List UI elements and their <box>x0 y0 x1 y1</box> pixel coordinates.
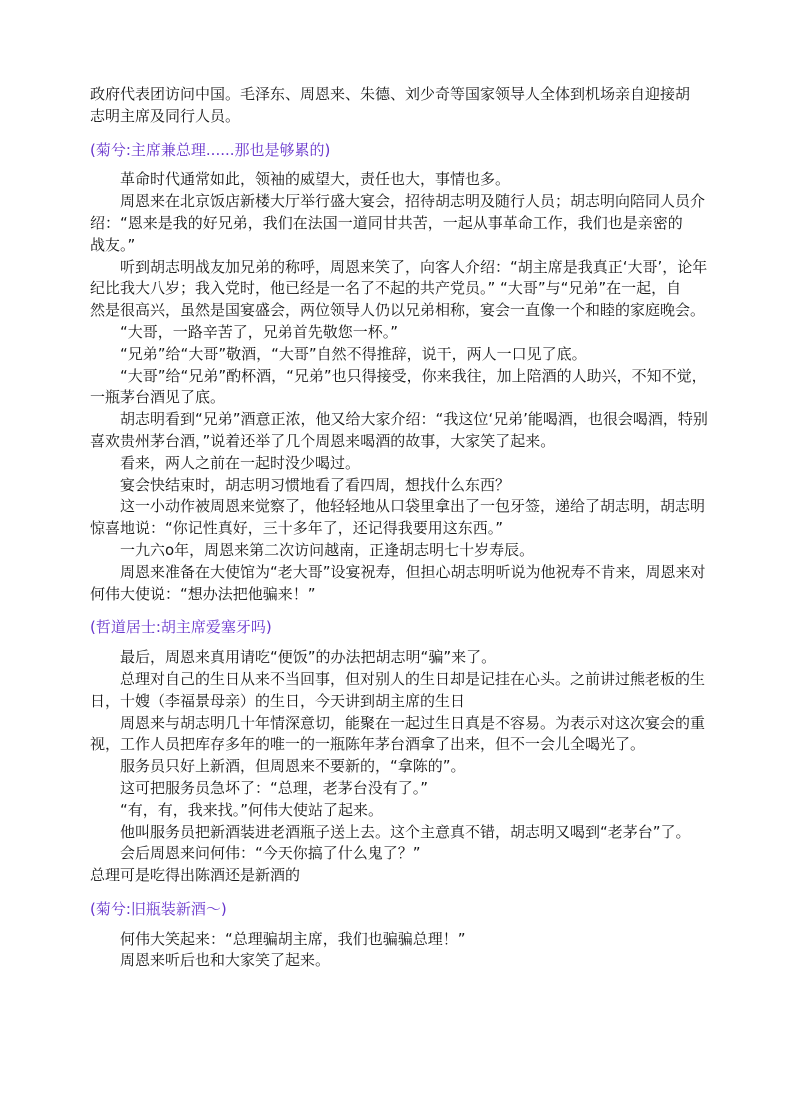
text-line: 视，工作人员把库存多年的唯一的一瓶陈年茅台酒拿了出来，但不一会儿全喝光了。 <box>90 734 715 756</box>
text-line: 何伟大使说：“想办法把他骗来！” <box>90 584 715 606</box>
text-line: 日，十嫂（李福景母亲）的生日，今天讲到胡主席的生日 <box>90 691 715 713</box>
text-line: 纪比我大八岁；我入党时，他已经是一名了不起的共产党员。” “大哥”与“兄弟”在一… <box>90 278 715 300</box>
annotation-heading: (哲道居士:胡主席爱塞牙吗) <box>90 617 715 639</box>
text-line: “有，有，我来找。”何伟大使站了起来。 <box>90 800 715 822</box>
text-line: 最后，周恩来真用请吃“便饭”的办法把胡志明“骗”来了。 <box>90 647 715 669</box>
text-line: 听到胡志明战友加兄弟的称呼，周恩来笑了，向客人介绍：“胡主席是我真正‘大哥’，论… <box>90 257 715 279</box>
text-line: 革命时代通常如此，领袖的威望大，责任也大，事情也多。 <box>90 169 715 191</box>
text-line: “大哥，一路辛苦了，兄弟首先敬您一杯。” <box>90 322 715 344</box>
text-line: 宴会快结束时，胡志明习惯地看了看四周，想找什么东西？ <box>90 475 715 497</box>
text-line: 惊喜地说：“你记性真好，三十多年了，还记得我要用这东西。” <box>90 518 715 540</box>
text-line: 总理对自己的生日从来不当回事，但对别人的生日却是记挂在心头。之前讲过熊老板的生 <box>90 669 715 691</box>
text-line: 看来，两人之前在一起时没少喝过。 <box>90 453 715 475</box>
text-line: 周恩来在北京饭店新楼大厅举行盛大宴会，招待胡志明及随行人员；胡志明向陪同人员介 <box>90 191 715 213</box>
text-line: 周恩来准备在大使馆为“老大哥”设宴祝寿，但担心胡志明听说为他祝寿不肯来，周恩来对 <box>90 562 715 584</box>
text-line: “大哥”给“兄弟”酌杯酒，“兄弟”也只得接受，你来我往，加上陪酒的人助兴，不知不… <box>90 366 715 388</box>
text-line: 然是很高兴，虽然是国宴盛会，两位领导人仍以兄弟相称，宴会一直像一个和睦的家庭晚会… <box>90 300 715 322</box>
text-line: 志明主席及同行人员。 <box>90 106 715 128</box>
text-line: 总理可是吃得出陈酒还是新酒的 <box>90 865 715 887</box>
text-line: 这可把服务员急坏了：“总理，老茅台没有了。” <box>90 778 715 800</box>
text-line: 周恩来与胡志明几十年情深意切，能聚在一起过生日真是不容易。为表示对这次宴会的重 <box>90 713 715 735</box>
text-line: 他叫服务员把新酒装进老酒瓶子送上去。这个主意真不错，胡志明又喝到“老茅台”了。 <box>90 822 715 844</box>
document-body: 政府代表团访问中国。毛泽东、周恩来、朱德、刘少奇等国家领导人全体到机场亲自迎接胡… <box>90 84 715 972</box>
text-line: 一九六o年，周恩来第二次访问越南，正逢胡志明七十岁寿辰。 <box>90 540 715 562</box>
annotation-heading: (菊兮:主席兼总理......那也是够累的) <box>90 140 715 162</box>
text-line: 胡志明看到“兄弟”酒意正浓，他又给大家介绍：“我这位‘兄弟’能喝酒，也很会喝酒，… <box>90 409 715 431</box>
text-line: 周恩来听后也和大家笑了起来。 <box>90 950 715 972</box>
text-line: “兄弟”给“大哥”敬酒，“大哥”自然不得推辞，说干，两人一口见了底。 <box>90 344 715 366</box>
annotation-heading: (菊兮:旧瓶装新酒～) <box>90 899 715 921</box>
text-line: 一瓶茅台酒见了底。 <box>90 387 715 409</box>
text-line: 服务员只好上新酒，但周恩来不要新的，“拿陈的”。 <box>90 756 715 778</box>
text-line: 喜欢贵州茅台酒，”说着还举了几个周恩来喝酒的故事，大家笑了起来。 <box>90 431 715 453</box>
document-page: 政府代表团访问中国。毛泽东、周恩来、朱德、刘少奇等国家领导人全体到机场亲自迎接胡… <box>0 0 800 1100</box>
text-line: 何伟大笑起来：“总理骗胡主席，我们也骗骗总理！” <box>90 929 715 951</box>
text-line: 这一小动作被周恩来觉察了，他轻轻地从口袋里拿出了一包牙签，递给了胡志明，胡志明 <box>90 496 715 518</box>
text-line: 战友。” <box>90 235 715 257</box>
text-line: 政府代表团访问中国。毛泽东、周恩来、朱德、刘少奇等国家领导人全体到机场亲自迎接胡 <box>90 84 715 106</box>
text-line: 会后周恩来问何伟：“今天你搞了什么鬼了？” <box>90 843 715 865</box>
text-line: 绍：“恩来是我的好兄弟，我们在法国一道同甘共苦，一起从事革命工作，我们也是亲密的 <box>90 213 715 235</box>
